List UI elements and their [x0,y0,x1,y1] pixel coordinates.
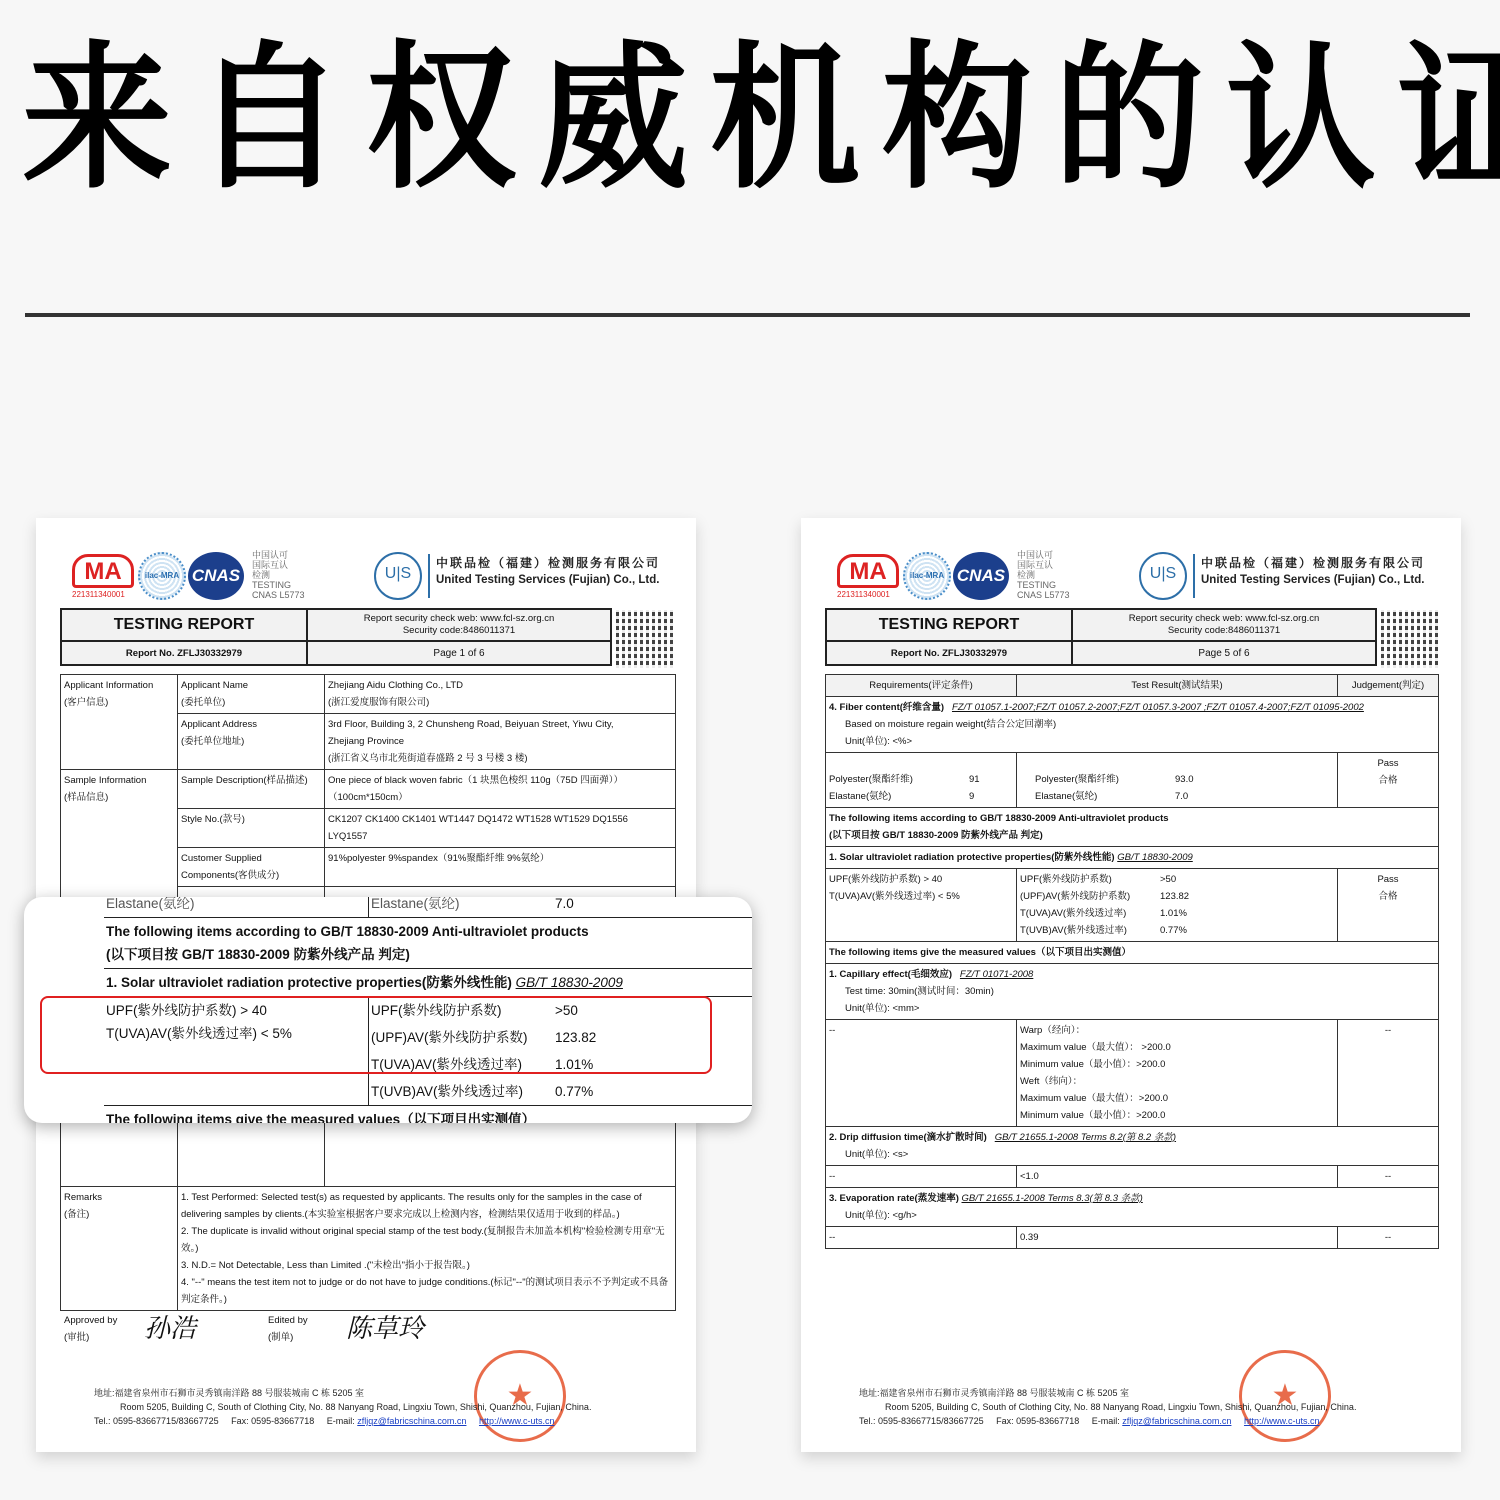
qr-code [1381,610,1439,668]
ilac-mra-logo: ilac-MRA [138,552,186,600]
page-headline: 来自权威机构的认证 [22,30,1482,208]
remarks-list: 1. Test Performed: Selected test(s) as r… [178,1187,676,1311]
page-number: Page 5 of 6 [1072,641,1376,665]
company-name-cn: 中联品检（福建）检测服务有限公司 [1201,554,1425,572]
uts-logo: U|S [374,552,422,600]
cma-number: 221311340001 [837,590,890,599]
footer-contact: 地址:福建省泉州市石狮市灵秀镇南洋路 88 号服装城南 C 栋 5205 室 R… [94,1386,591,1428]
website-link[interactable]: http://www.c-uts.cn [1244,1416,1320,1426]
footer-contact: 地址:福建省泉州市石狮市灵秀镇南洋路 88 号服装城南 C 栋 5205 室 R… [859,1386,1356,1428]
report-header: TESTING REPORT Report security check web… [825,608,1377,666]
security-info: Report security check web: www.fcl-sz.or… [307,609,611,641]
divider [25,313,1470,317]
edited-by-label: Edited by(制单) [268,1312,308,1346]
cnas-note: 中国认可国际互认检测TESTINGCNAS L5773 [1017,550,1070,600]
cnas-note: 中国认可国际互认检测TESTINGCNAS L5773 [252,550,305,600]
company-name-en: United Testing Services (Fujian) Co., Lt… [1201,574,1424,586]
security-info: Report security check web: www.fcl-sz.or… [1072,609,1376,641]
cma-logo: MA [72,554,134,588]
logo-bar: MA 221311340001 ilac-MRA CNAS 中国认可国际互认检测… [72,548,672,604]
report-title: TESTING REPORT [826,609,1072,641]
website-link[interactable]: http://www.c-uts.cn [479,1416,555,1426]
edited-signature: 陈草玲 [346,1308,424,1345]
email-link[interactable]: zfljqz@fabricschina.com.cn [1122,1416,1231,1426]
report-page-5: MA 221311340001 ilac-MRA CNAS 中国认可国际互认检测… [801,518,1461,1452]
results-table: Requirements(评定条件)Test Result(测试结果)Judge… [825,674,1439,1249]
approved-by-label: Approved by(审批) [64,1312,117,1346]
email-link[interactable]: zfljqz@fabricschina.com.cn [357,1416,466,1426]
ilac-mra-logo: ilac-MRA [903,552,951,600]
report-header: TESTING REPORT Report security check web… [60,608,612,666]
qr-code [616,610,674,668]
report-number: Report No. ZFLJ30332979 [61,641,307,665]
highlight-box [40,996,712,1074]
company-name-cn: 中联品检（福建）检测服务有限公司 [436,554,660,572]
magnified-uv-results: Elastane(氨纶)Elastane(氨纶)7.0 The followin… [24,897,752,1123]
logo-bar: MA 221311340001 ilac-MRA CNAS 中国认可国际互认检测… [837,548,1437,604]
cnas-logo: CNAS [953,552,1009,600]
cnas-logo: CNAS [188,552,244,600]
cma-number: 221311340001 [72,590,125,599]
page-number: Page 1 of 6 [307,641,611,665]
report-number: Report No. ZFLJ30332979 [826,641,1072,665]
report-title: TESTING REPORT [61,609,307,641]
cma-logo: MA [837,554,899,588]
approved-signature: 孙浩 [144,1308,196,1345]
uts-logo: U|S [1139,552,1187,600]
company-name-en: United Testing Services (Fujian) Co., Lt… [436,574,659,586]
